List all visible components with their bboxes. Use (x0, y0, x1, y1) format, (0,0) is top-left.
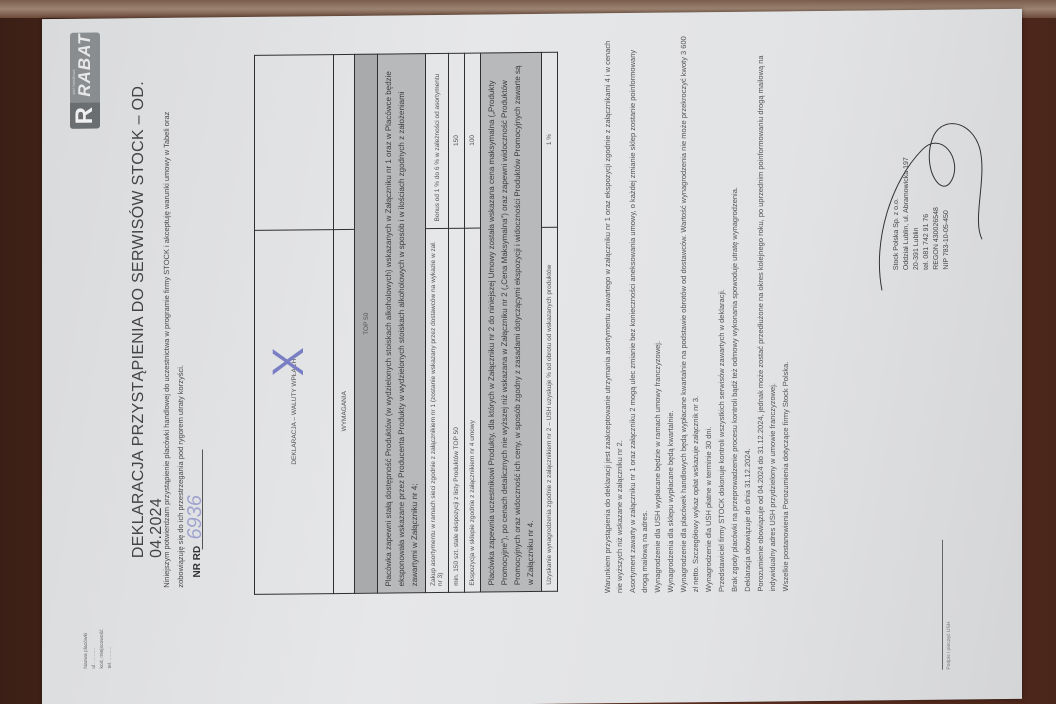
header-declaration: DEKLARACJA – WALUTY WPŁACH (255, 229, 334, 594)
table-row-value: 150 (449, 53, 465, 228)
terms-item: Porozumienie obowiązuje od 04.2024 do 31… (755, 31, 779, 591)
address-line: kod, miejscowość (98, 629, 106, 668)
table-row-requirement: min. 150 szt. stale ekspozycji z listy P… (449, 228, 465, 593)
address-line: ul. .......... (90, 629, 98, 668)
table-row-requirement: Uzyskanie wynagrodzenia zgodnie z załącz… (542, 227, 558, 592)
stamp-line: REGON 430026548 (932, 157, 942, 270)
signature-label: Podpis i pieczęć USH (946, 622, 952, 670)
stamp-line: Stock Polska Sp. z o.o. (892, 157, 902, 270)
table-row-requirement: Zakup asortymentu w ramach sieci zgodnie… (426, 228, 449, 593)
terms-item: Asortyment zawarty w załączniku nr 1 ora… (627, 33, 651, 593)
stamp-line: tel. 081 742 91 76 (922, 157, 932, 270)
table-row: Placówka zapewnia uczestnikowi Produkty,… (481, 52, 542, 592)
logo-tagline: sieć handlowa (71, 69, 76, 94)
stamp-line: Oddział Lublin, ul. Abramowicka 197 (902, 157, 912, 270)
handwritten-x-mark: X (264, 347, 314, 377)
terms-item: Wynagrodzenie dla placówek handlowych bę… (678, 32, 702, 592)
terms-item: Brak zgody placówki na przeprowadzenie p… (729, 32, 741, 592)
table-row-value: 1 % (542, 52, 558, 227)
document-page: R RABAT sieć handlowa Nazwa placówki ul.… (42, 9, 1022, 704)
terms-item: Przedstawiciel firmy STOCK dokonuje kont… (716, 32, 728, 592)
shop-address-block: Nazwa placówki ul. .......... kod, miejs… (82, 629, 114, 669)
terms-item: Wszelkie postanowienia Porozumienia doty… (780, 31, 792, 591)
nr-rd-handwritten-value: 6936 (184, 495, 207, 540)
section-top50: TOP 50 (355, 54, 378, 593)
header-empty (334, 54, 355, 229)
nr-rd-label: NR RD (192, 546, 203, 578)
logo-text: RABAT (75, 33, 95, 96)
table-row-requirement: Ekspozycja w sklepie zgodnie z załącznik… (465, 228, 481, 593)
address-line: tel. .......... (106, 629, 114, 668)
terms-item: Wynagrodzenie dla USH płatne w terminie … (703, 32, 715, 592)
rabat-logo: R RABAT sieć handlowa (70, 33, 100, 129)
table-row-value: 100 (465, 53, 481, 228)
company-stamp: Stock Polska Sp. z o.o. Oddział Lublin, … (892, 157, 952, 270)
document-sheet: R RABAT sieć handlowa Nazwa placówki ul.… (42, 9, 1022, 704)
address-line: Nazwa placówki (82, 629, 90, 668)
header-requirements: WYMAGANIA (334, 229, 355, 594)
stamp-line: NIP 783-10-05-450 (942, 157, 952, 270)
table-row: Placówka zapewni stałą dostępność Produk… (378, 54, 426, 594)
stamp-line: 20-391 Lublin (912, 157, 922, 270)
header-check-cell (255, 55, 334, 230)
terms-item: Wynagrodzenie dla USH wypłacane będzie w… (652, 33, 664, 593)
logo-mark: R (70, 103, 100, 129)
signature-line (942, 540, 943, 670)
table-row-value: Bonus od 1 % do 6 % w zależności od asor… (426, 53, 449, 228)
terms-item: Warunkiem przystąpienia do deklaracji je… (602, 33, 626, 593)
terms-list: Warunkiem przystąpienia do deklaracji je… (602, 31, 793, 593)
terms-item: Wynagrodzenia dla sklepu wypłacane będą … (665, 32, 677, 592)
declaration-table: DEKLARACJA – WALUTY WPŁACH WYMAGANIA TOP… (254, 52, 558, 595)
terms-item: Deklaracja obowiązuje do dnia 31.12.2024… (742, 32, 754, 592)
